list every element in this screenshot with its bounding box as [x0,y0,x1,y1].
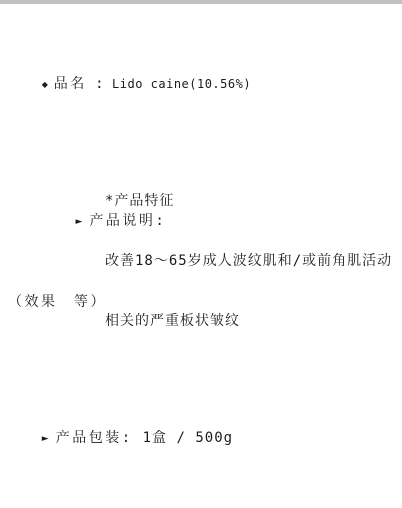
product-name-label: 品名 [54,76,87,92]
arrow-bullet-icon: ► [75,212,89,232]
description-effect-text-line2: 相关的严重板状皱纹 [105,311,402,331]
diamond-bullet-icon: ◆ [42,75,54,95]
description-label-line1: ►产品说明: [8,191,105,252]
top-divider-bar [0,0,402,4]
description-label-column: ►产品说明: （效果 等） [8,151,105,352]
product-name-value: Lido caine(10.56%) [112,77,251,91]
description-label-line2: （效果 等） [8,292,105,312]
product-name-row: ◆品名 : Lido caine(10.56%) [0,54,402,115]
arrow-bullet-icon: ► [42,429,56,449]
product-description-row: ►产品说明: （效果 等） *产品特征 改善18～65岁成人波纹肌和/或前角肌活… [0,151,402,371]
description-effect-text-line1: 改善18～65岁成人波纹肌和/或前角肌活动 [105,251,402,271]
product-info-page: ◆品名 : Lido caine(10.56%) ►产品说明: （效果 等） *… [0,0,402,469]
packaging-value: 1盒 / 500g [143,430,233,446]
packaging-label: 产品包装: [56,430,133,446]
description-content-column: *产品特征 改善18～65岁成人波纹肌和/或前角肌活动 相关的严重板状皱纹 [105,151,402,371]
product-packaging-row: ►产品包装:1盒 / 500g [0,408,402,469]
colon-separator: : [87,76,112,92]
description-feature-heading: *产品特征 [105,191,402,211]
